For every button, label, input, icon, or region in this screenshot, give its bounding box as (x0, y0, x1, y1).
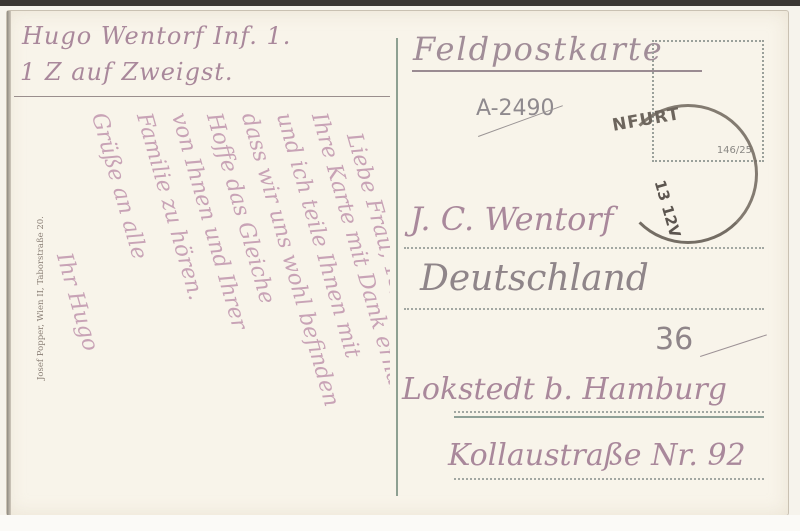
address-line-3-solid (454, 416, 764, 418)
sender-name: Hugo Wentorf Inf. 1. (22, 22, 291, 50)
recipient-name: J. C. Wentorf (410, 200, 613, 238)
message-area: Liebe Frau, 15/3 17 Ihre Karte mit Dank … (55, 100, 390, 505)
recipient-street: Kollaustraße Nr. 92 (448, 438, 746, 473)
scan-border (0, 0, 800, 6)
archive-number: A-2490 (476, 96, 555, 121)
card-title: Feldpostkarte (413, 30, 664, 68)
scan-bottom-margin (0, 515, 800, 531)
address-line-2 (404, 308, 764, 310)
address-line-1 (404, 247, 764, 249)
recipient-city: Lokstedt b. Hamburg (402, 372, 727, 407)
recipient-number: 36 (655, 322, 693, 357)
message-line: Ihr Hugo (55, 250, 103, 354)
sender-unit: 1 Z auf Zweigst. (20, 58, 234, 86)
address-line-4 (454, 478, 764, 480)
address-line-3 (454, 411, 764, 413)
publisher-imprint: Josef Popper, Wien II, Taborstraße 20. (36, 216, 46, 380)
center-divider (396, 38, 398, 496)
sender-rule (14, 96, 390, 97)
recipient-country: Deutschland (420, 258, 649, 299)
